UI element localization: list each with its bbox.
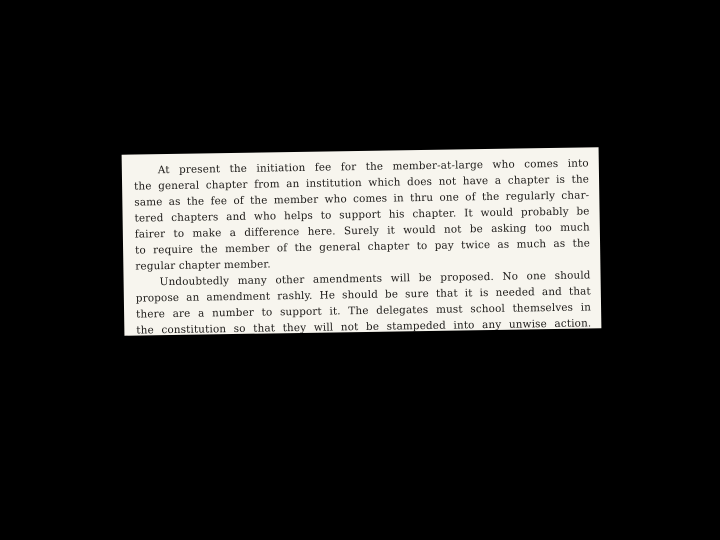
paragraph-initiation-fee: At present the initiation fee for the me… [134, 155, 591, 274]
newspaper-clipping: At present the initiation fee for the me… [122, 147, 602, 335]
paragraph-amendments: Undoubtedly many other amendments will b… [135, 267, 591, 335]
screen: At present the initiation fee for the me… [0, 0, 720, 540]
